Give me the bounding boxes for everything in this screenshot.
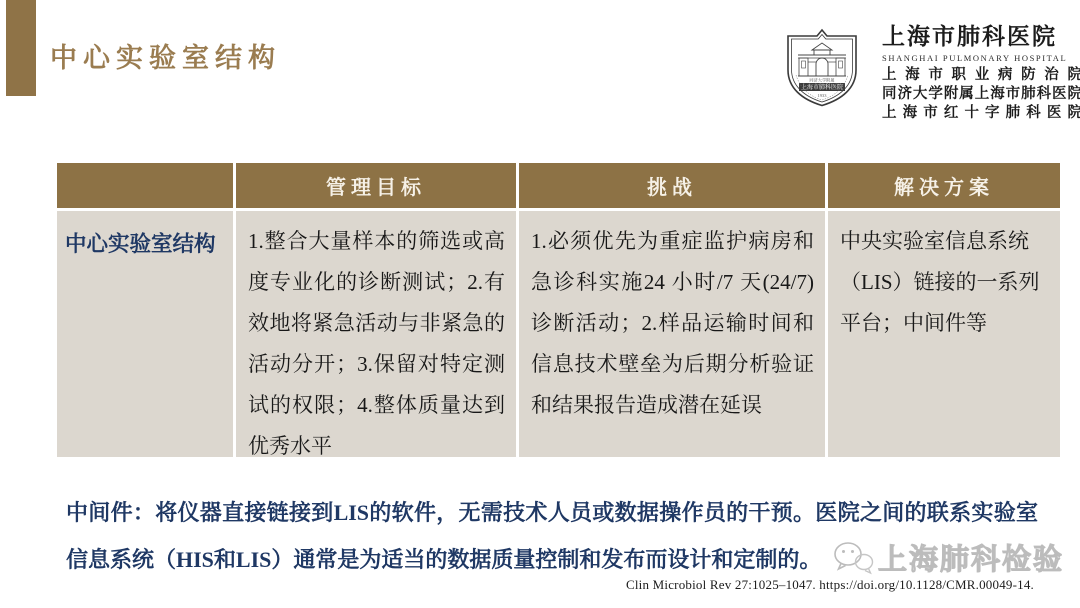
hospital-logo: 同济大学附属 上海市肺科医院 1933 上海市肺科医院 SHANGHAI PUL… (760, 8, 1072, 120)
citation: Clin Microbiol Rev 27:1025–1047. https:/… (626, 577, 1034, 593)
table-row-label: 中心实验室结构 (57, 211, 233, 457)
emblem-affiliation: 同济大学附属 (809, 77, 834, 84)
hospital-aka-1: 上海市职业病防治院 (882, 68, 1080, 83)
hospital-logo-text: 上海市肺科医院 SHANGHAI PULMONARY HOSPITAL 上海市职… (882, 18, 1080, 125)
table-cell-challenges: 1.必须优先为重症监护病房和急诊科实施24 小时/7 天(24/7) 诊断活动；… (519, 211, 825, 457)
table-cell-goals: 1.整合大量样本的筛选或高度专业化的诊断测试；2.有效地将紧急活动与非紧急的活动… (236, 211, 516, 457)
hospital-emblem-icon: 同济大学附属 上海市肺科医院 1933 (784, 28, 860, 108)
table-header-challenges: 挑战 (519, 163, 825, 208)
hospital-aka-3: 上海市红十字肺科医院 (882, 106, 1080, 121)
table-cell-solutions: 中央实验室信息系统（LIS）链接的一系列平台；中间件等 (828, 211, 1060, 457)
page-title: 中心实验室结构 (50, 36, 281, 75)
watermark: 上海肺科检验 (832, 537, 1064, 578)
hospital-name-en: SHANGHAI PULMONARY HOSPITAL (882, 53, 1080, 63)
table-header-goals: 管理目标 (236, 163, 516, 208)
wechat-icon (832, 538, 874, 578)
hospital-aka-2: 同济大学附属上海市肺科医院 (882, 87, 1080, 102)
table-header-solutions: 解决方案 (828, 163, 1060, 208)
emblem-label: 上海市肺科医院 (801, 83, 843, 91)
hospital-name: 上海市肺科医院 (882, 18, 1080, 51)
accent-bar (6, 0, 36, 96)
emblem-year: 1933 (818, 93, 828, 98)
slide: 中心实验室结构 同济大学附属 上海市肺科医院 1933 (0, 0, 1080, 608)
table-header-blank (57, 163, 233, 208)
watermark-label: 上海肺科检验 (878, 537, 1064, 578)
central-lab-table: 管理目标 挑战 解决方案 中心实验室结构 1.整合大量样本的筛选或高度专业化的诊… (57, 163, 1060, 457)
